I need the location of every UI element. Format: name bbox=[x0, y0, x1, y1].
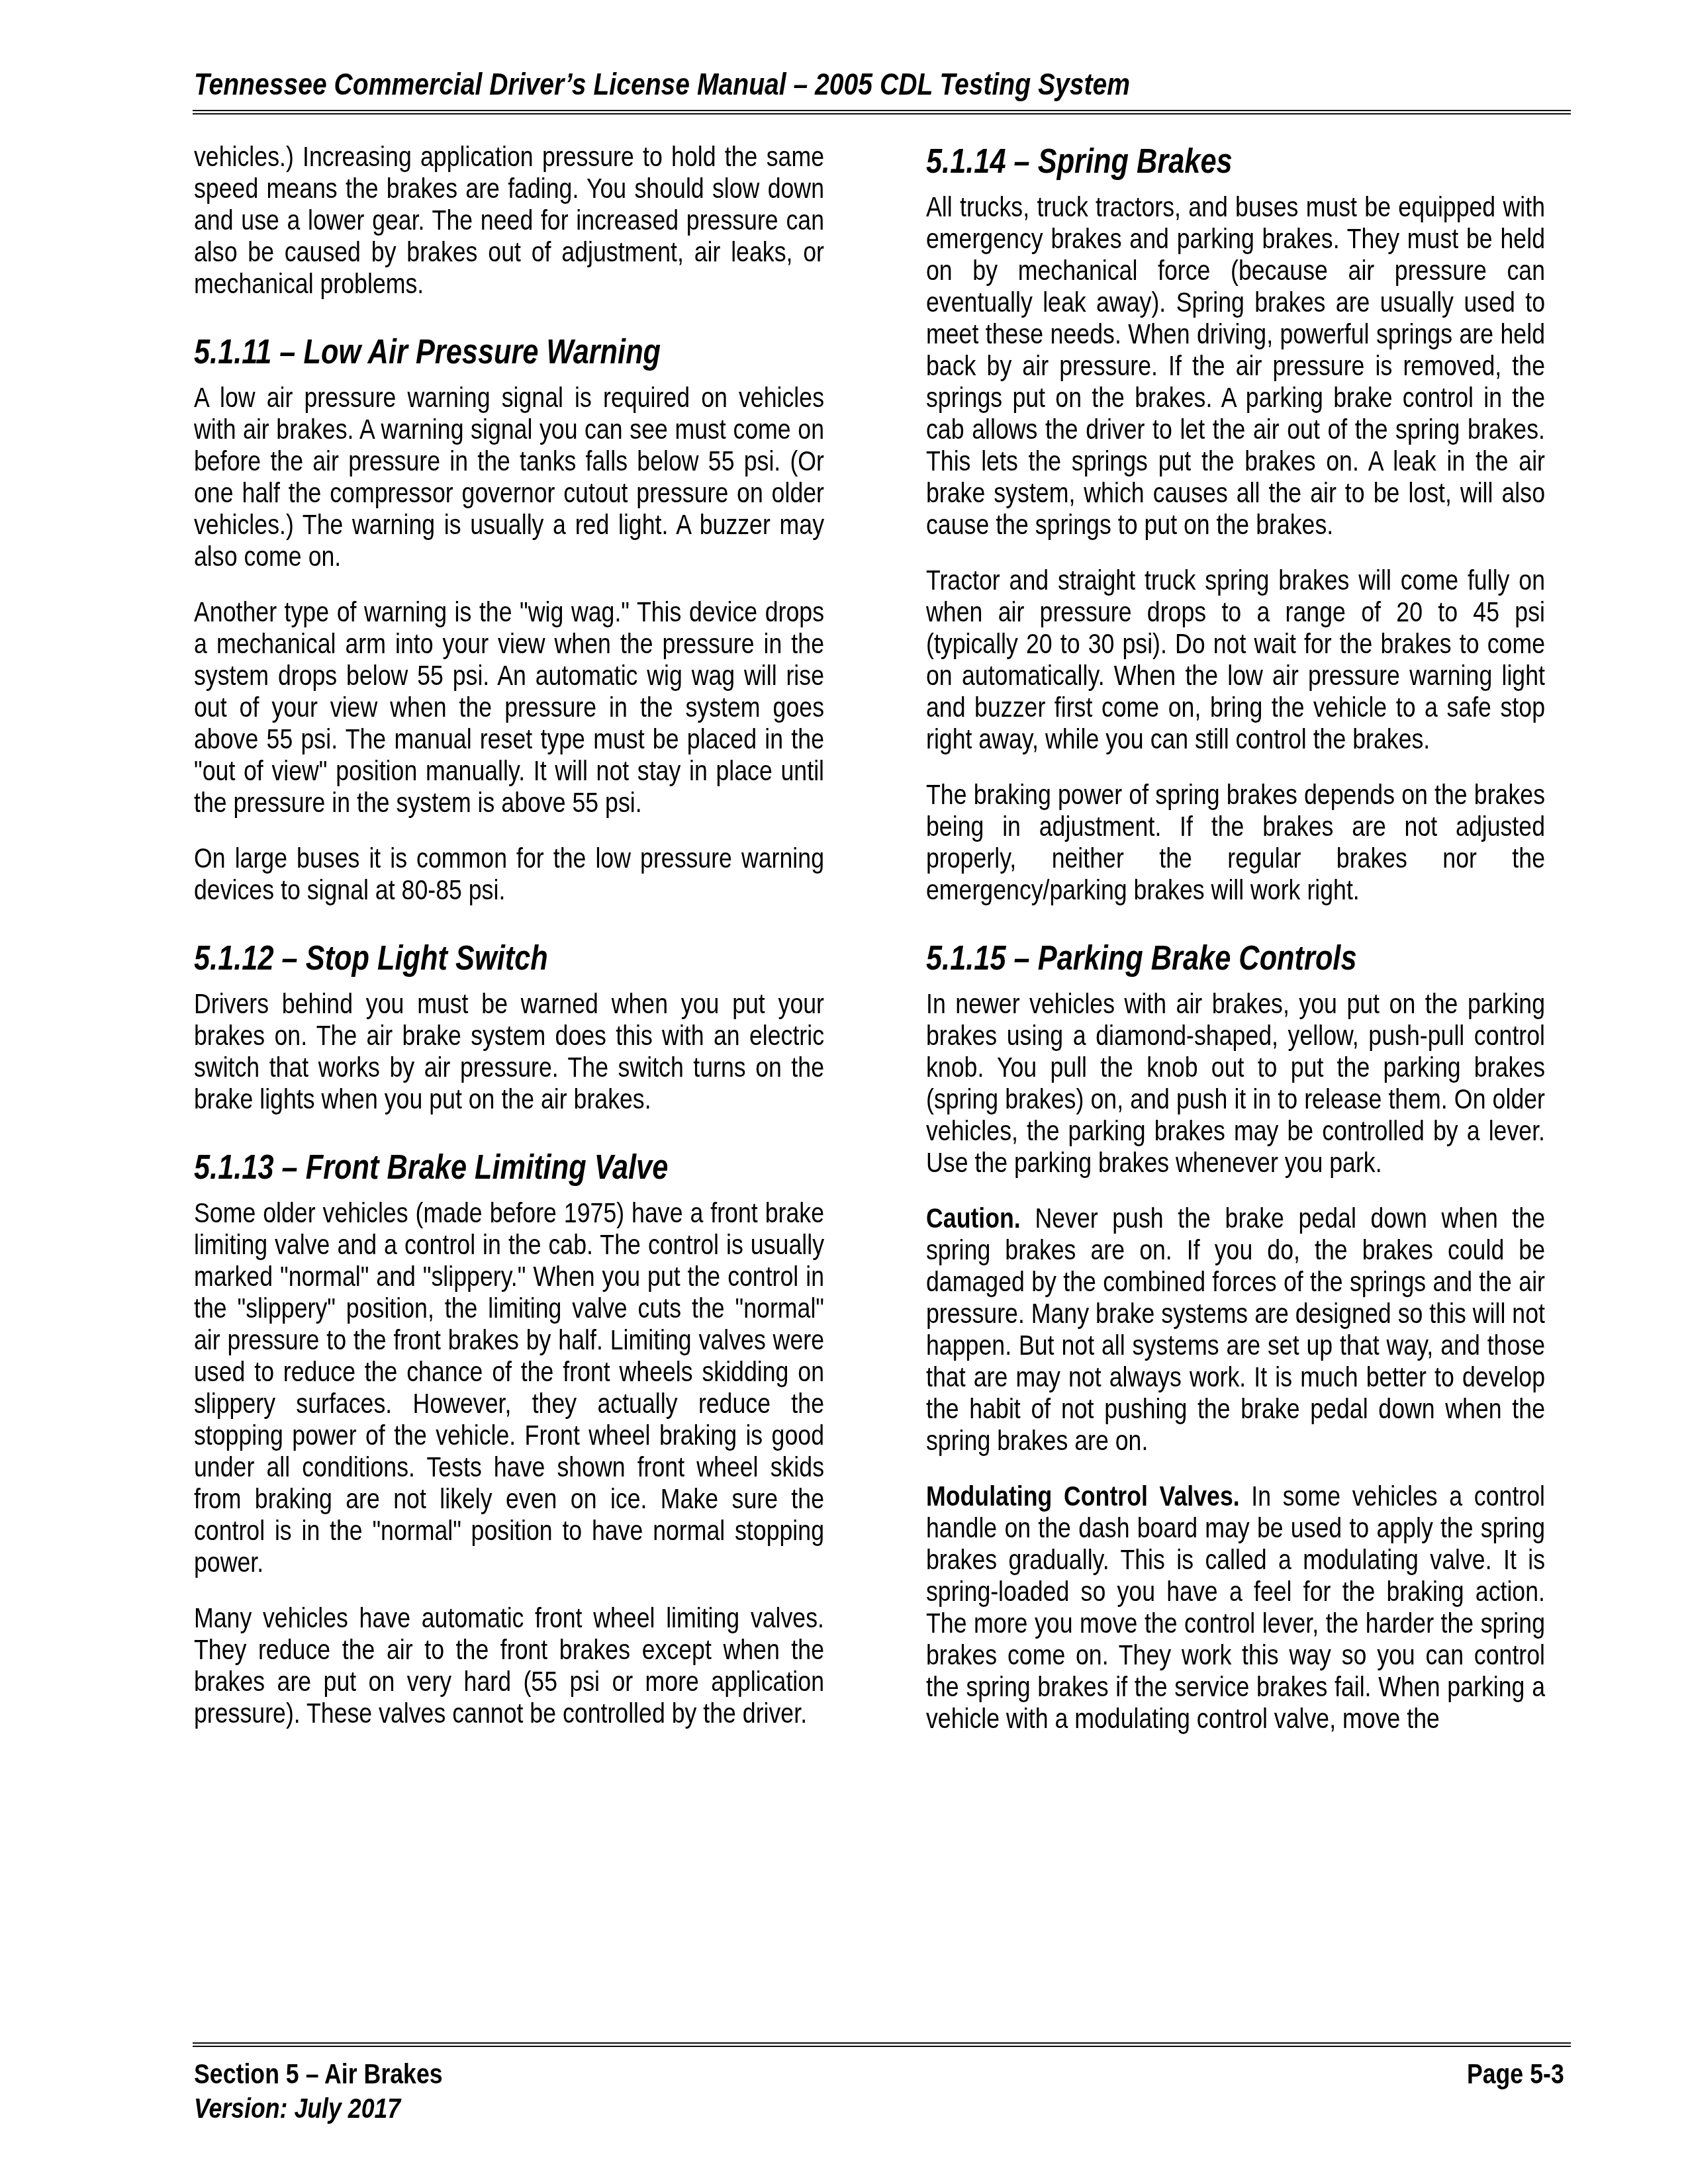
footer-rule bbox=[193, 2042, 1571, 2047]
modulating-text: In some vehicles a control handle on the… bbox=[926, 1480, 1545, 1734]
section-heading-5-1-14: 5.1.14 – Spring Brakes bbox=[926, 141, 1545, 182]
paragraph-automatic-limiting-valves: Many vehicles have automatic front wheel… bbox=[194, 1602, 824, 1729]
section-heading-5-1-11: 5.1.11 – Low Air Pressure Warning bbox=[194, 332, 824, 373]
paragraph-large-buses: On large buses it is common for the low … bbox=[194, 842, 824, 906]
right-column: 5.1.14 – Spring Brakes All trucks, truck… bbox=[926, 141, 1545, 1758]
paragraph-parking-brake-controls: In newer vehicles with air brakes, you p… bbox=[926, 988, 1545, 1179]
paragraph-wig-wag: Another type of warning is the "wig wag.… bbox=[194, 596, 824, 819]
section-heading-5-1-13: 5.1.13 – Front Brake Limiting Valve bbox=[194, 1147, 824, 1188]
paragraph-spring-brakes-psi-range: Tractor and straight truck spring brakes… bbox=[926, 565, 1545, 755]
footer-left: Section 5 – Air Brakes Version: July 201… bbox=[194, 2057, 443, 2126]
two-column-body: vehicles.) Increasing application pressu… bbox=[194, 141, 1591, 2034]
paragraph-modulating-control-valves: Modulating Control Valves. In some vehic… bbox=[926, 1480, 1545, 1735]
paragraph-front-brake-limiting-valve: Some older vehicles (made before 1975) h… bbox=[194, 1197, 824, 1578]
paragraph-low-air-warning: A low air pressure warning signal is req… bbox=[194, 382, 824, 572]
section-heading-5-1-15: 5.1.15 – Parking Brake Controls bbox=[926, 938, 1545, 979]
paragraph-spring-brakes-intro: All trucks, truck tractors, and buses mu… bbox=[926, 191, 1545, 541]
paragraph-stop-light-switch: Drivers behind you must be warned when y… bbox=[194, 988, 824, 1115]
manual-title: Tennessee Commercial Driver’s License Ma… bbox=[194, 66, 1564, 102]
modulating-lead-label: Modulating Control Valves. bbox=[926, 1480, 1240, 1512]
paragraph-caution: Caution. Never push the brake pedal down… bbox=[926, 1203, 1545, 1457]
caution-text: Never push the brake pedal down when the… bbox=[926, 1203, 1545, 1456]
page-footer: Section 5 – Air Brakes Version: July 201… bbox=[194, 2057, 1564, 2126]
footer-page-number: Page 5-3 bbox=[1467, 2057, 1564, 2091]
section-heading-5-1-12: 5.1.12 – Stop Light Switch bbox=[194, 938, 824, 979]
paragraph-brake-fading-continuation: vehicles.) Increasing application pressu… bbox=[194, 141, 824, 300]
left-column: vehicles.) Increasing application pressu… bbox=[194, 141, 824, 1753]
document-page: Tennessee Commercial Driver’s License Ma… bbox=[0, 0, 1688, 2184]
paragraph-spring-brakes-adjustment: The braking power of spring brakes depen… bbox=[926, 779, 1545, 906]
footer-section-label: Section 5 – Air Brakes bbox=[194, 2057, 443, 2091]
footer-version-label: Version: July 2017 bbox=[194, 2091, 443, 2126]
caution-lead-label: Caution. bbox=[926, 1203, 1021, 1234]
header-rule bbox=[193, 110, 1571, 114]
